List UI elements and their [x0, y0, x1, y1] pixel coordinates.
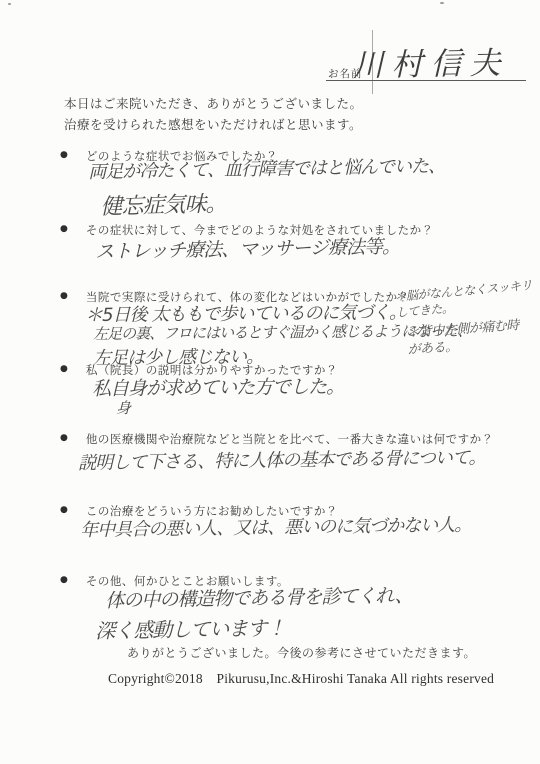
- margin-note-back-pain: ＊背中左側が痛む時がある。: [406, 317, 530, 359]
- bullet-icon: ●: [60, 431, 68, 445]
- intro-text: 本日はご来院いただき、ありがとうございました。 治療を受けられた感想をいただけれ…: [64, 93, 363, 135]
- bullet-icon: ●: [60, 148, 68, 162]
- answer-symptoms-line1: 両足が冷たくて、血行障害ではと悩んでいた、: [88, 152, 445, 184]
- intro-line-2: 治療を受けられた感想をいただければと思います。: [64, 114, 363, 135]
- answer-symptoms-line2: 健忘症気味。: [100, 187, 227, 221]
- bullet-icon: ●: [60, 222, 68, 236]
- answer-previous-treatment: ストレッチ療法、マッサージ療法等。: [95, 232, 400, 264]
- answer-final-comment-line1: 体の中の構造物である骨を診てくれ、: [105, 581, 413, 613]
- answer-insertion-char: 身: [116, 397, 130, 418]
- answer-biggest-difference: 説明して下さる、特に人体の基本である骨について。: [78, 443, 486, 475]
- copyright-notice: Copyright©2018 Pikurusu,Inc.&Hiroshi Tan…: [108, 667, 494, 687]
- intro-line-1: 本日はご来院いただき、ありがとうございました。: [64, 93, 363, 114]
- scan-speck: [8, 3, 11, 5]
- scan-speck: [440, 2, 444, 4]
- scanned-feedback-form: お名前 川村信夫 本日はご来院いただき、ありがとうございました。 治療を受けられ…: [0, 0, 540, 764]
- bullet-icon: ●: [60, 503, 68, 517]
- closing-message: ありがとうございました。今後の参考にさせていただきます。: [127, 644, 476, 661]
- bullet-icon: ●: [60, 362, 68, 376]
- name-field-handwritten-value: 川村信夫: [352, 37, 509, 85]
- margin-note-brain: ＊脳がなんとなくスッキリしてきた。: [394, 278, 534, 321]
- bullet-icon: ●: [60, 289, 68, 303]
- answer-final-comment-line2: 深く感動しています！: [95, 612, 285, 644]
- bullet-icon: ●: [60, 573, 68, 587]
- answer-recommend-to: 年中具合の悪い人、又は、悪いのに気づかない人。: [80, 511, 471, 542]
